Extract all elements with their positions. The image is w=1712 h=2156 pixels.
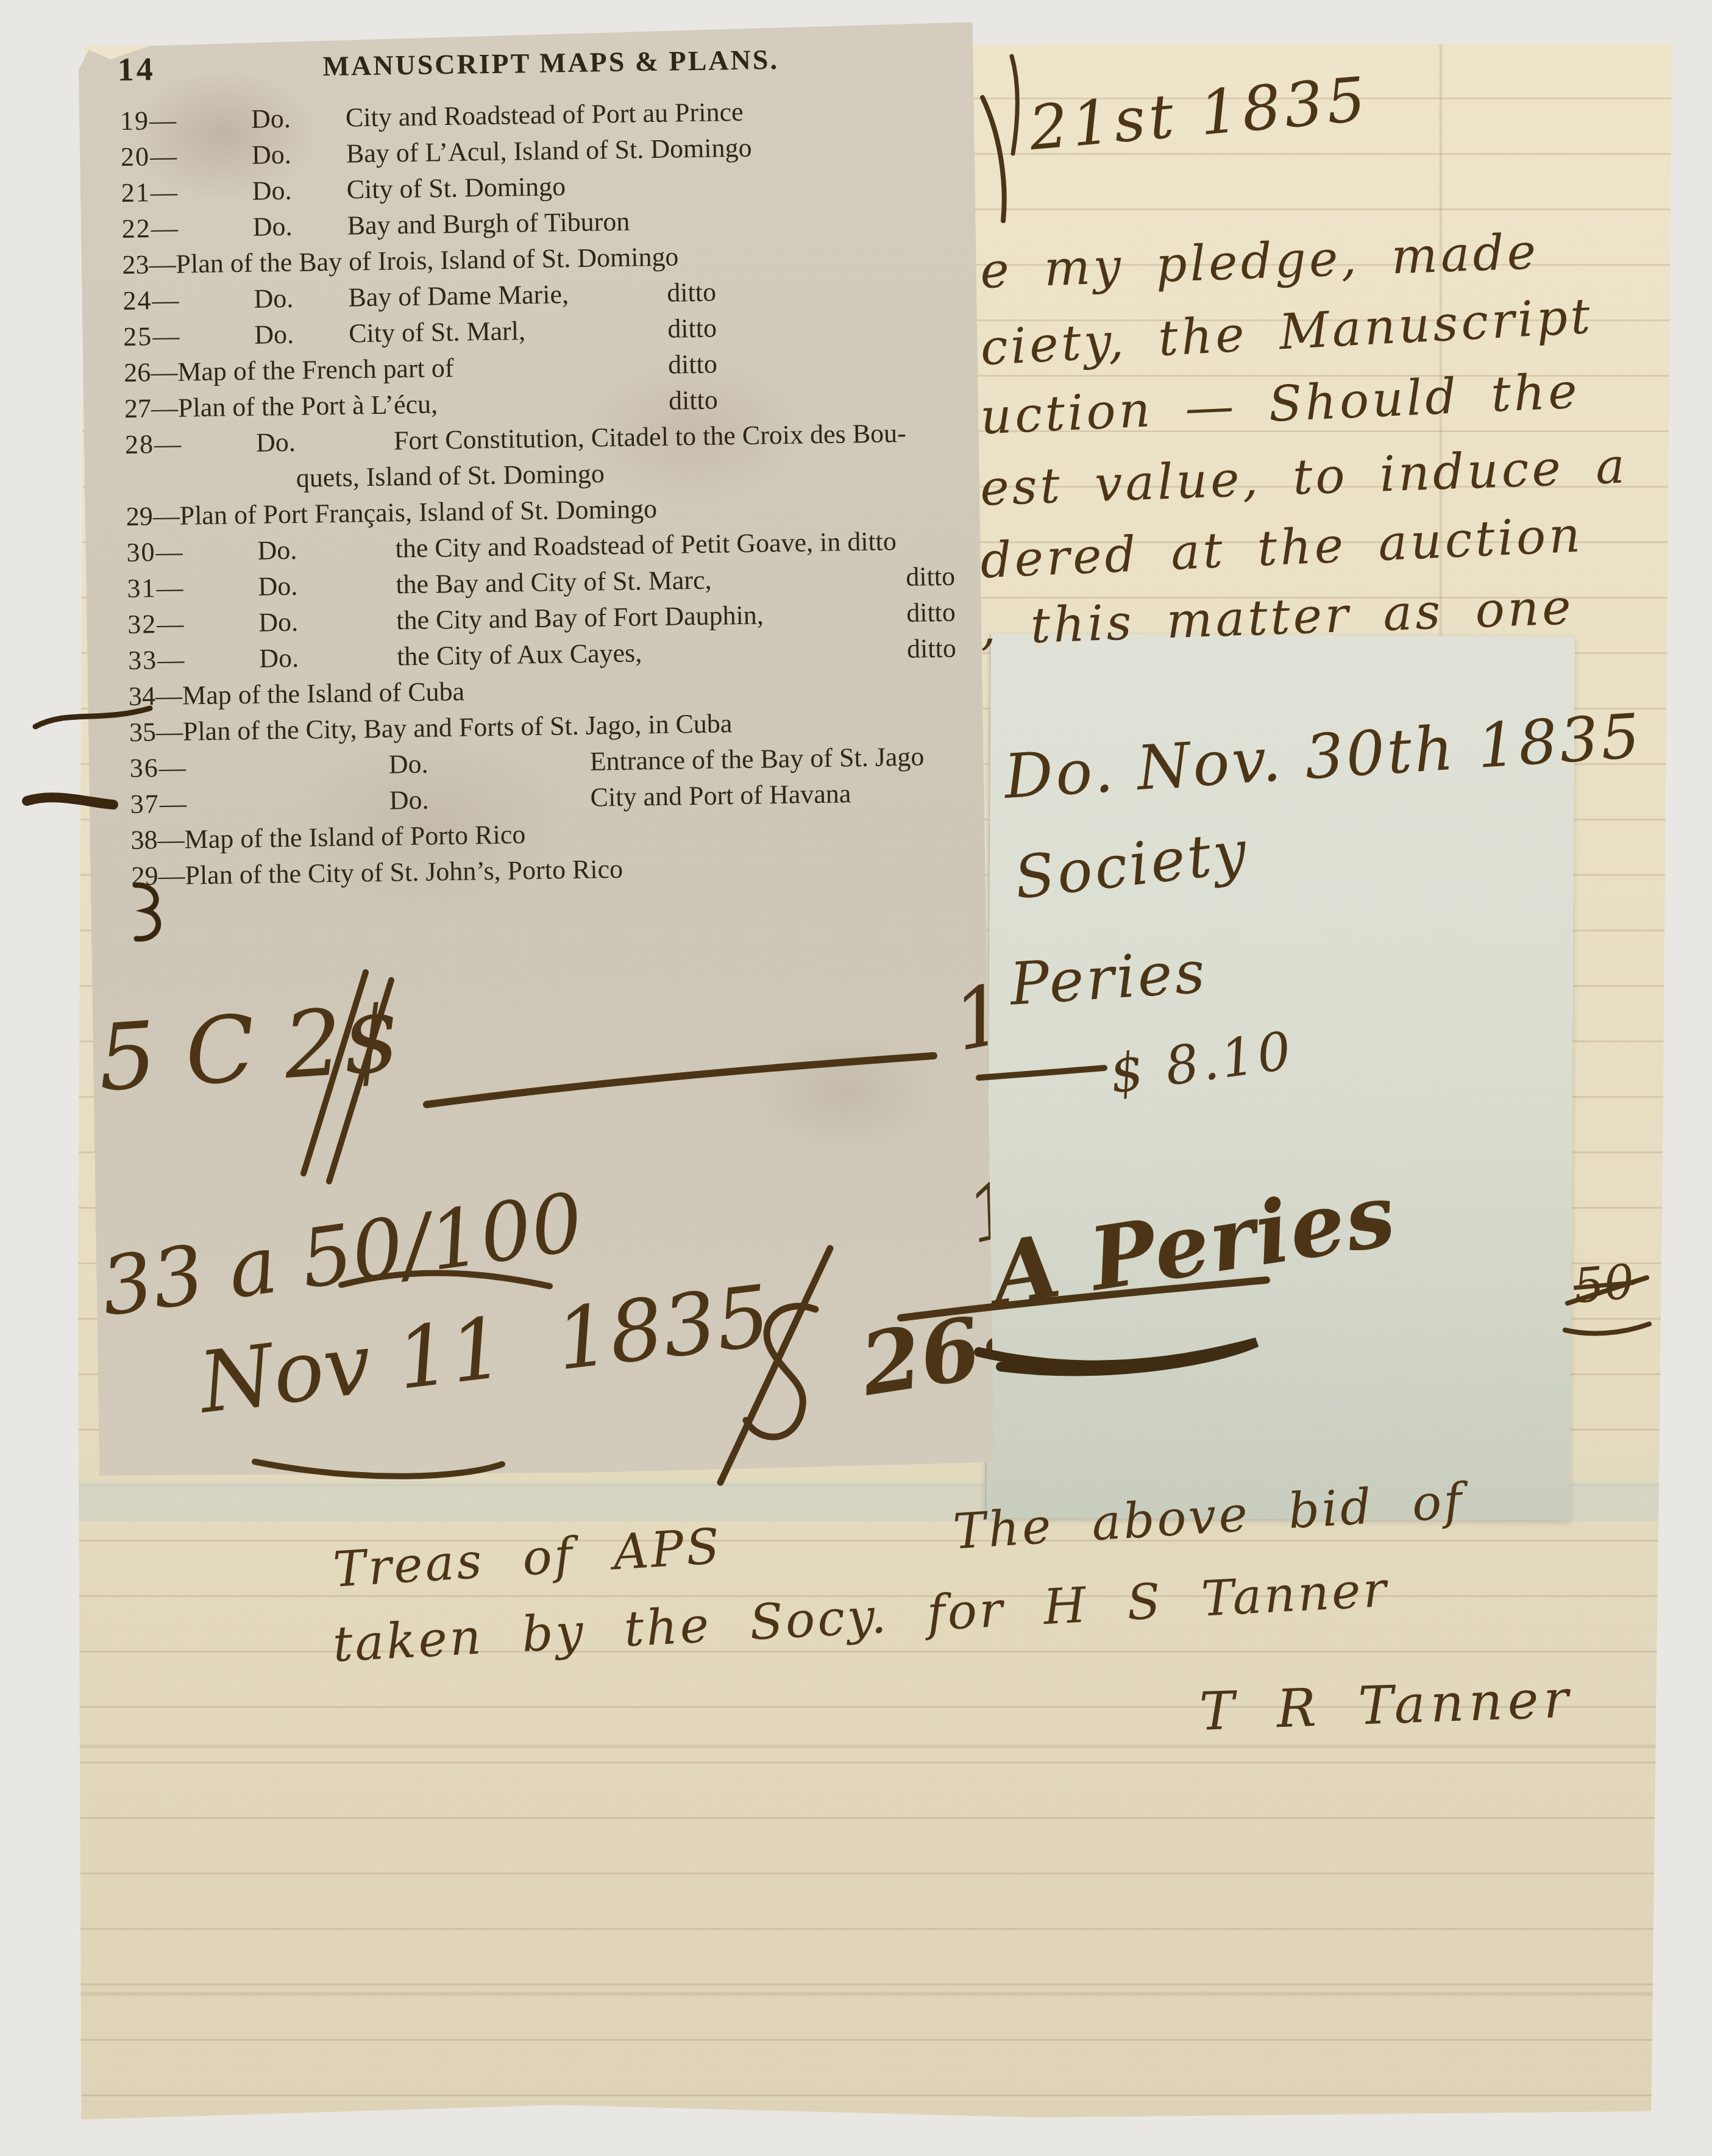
list-item-text: 29—Plan of the City of St. John’s, Porto… — [131, 851, 623, 894]
ditto-label: ditto — [668, 346, 718, 383]
ditto-label: ditto — [667, 274, 717, 311]
list-item-do: Do. — [252, 137, 292, 173]
list-item-desc: Bay of L’Acul, Island of St. Domingo — [346, 130, 751, 172]
receipt-line: Society — [1011, 817, 1252, 913]
receipt-amount: $ 8.10 — [1106, 1020, 1298, 1105]
list-item-do: Do. — [254, 316, 294, 353]
list-item-desc: the City of Aux Cayes, — [397, 635, 642, 674]
fold-crease — [78, 1743, 1674, 1749]
list-item-num: 19— — [120, 102, 178, 139]
list-item-do: Do. — [389, 782, 429, 819]
ditto-label: ditto — [906, 594, 956, 631]
list-item-num: 33— — [128, 642, 186, 678]
list-item-num: 21— — [121, 174, 179, 211]
list-item-do: Do. — [258, 604, 299, 641]
list-item-text: 26—Map of the French part of — [124, 350, 454, 391]
receipt-date: Do. Nov. 30th 1835 — [1002, 700, 1644, 813]
list-item-num: 31— — [127, 570, 185, 607]
receipt-slip: Do. Nov. 30th 1835 Society Peries $ 8.10… — [985, 633, 1575, 1520]
list-item-num: 22— — [121, 210, 179, 247]
list-item-num: 28— — [125, 426, 183, 463]
list-item-num: 36— — [129, 749, 187, 786]
list-item-do: Do. — [259, 640, 299, 677]
printed-catalogue-slip: 14 MANUSCRIPT MAPS & PLANS. 19—Do.City a… — [78, 22, 994, 1480]
list-item-text: quets, Island of St. Domingo — [296, 455, 605, 496]
receipt-line: Peries — [1008, 937, 1209, 1019]
list-item-desc: the Bay and City of St. Marc, — [396, 562, 712, 603]
map-list: 19—Do.City and Roadstead of Port au Prin… — [79, 90, 986, 895]
photograph-of-documents: 21st 1835 e my pledge, made ciety, the M… — [0, 0, 1712, 2156]
list-item-do: Do. — [251, 101, 291, 137]
note-quantity-1: 5 C 2$ — [94, 986, 403, 1112]
list-item-desc: City and Port of Havana — [590, 775, 851, 815]
list-item-text: 38—Map of the Island of Porto Rico — [130, 816, 526, 858]
list-item-do: Do. — [254, 280, 294, 317]
page-title: MANUSCRIPT MAPS & PLANS. — [261, 42, 840, 83]
ditto-label: ditto — [907, 630, 957, 667]
list-item-do: Do. — [256, 424, 296, 461]
list-item-num: 32— — [127, 606, 185, 642]
signature-peries: A Peries — [985, 1164, 1402, 1326]
list-item-num: 25— — [123, 318, 181, 355]
list-item-num: 30— — [126, 534, 184, 571]
list-item-desc: Bay and Burgh of Tiburon — [347, 204, 630, 244]
list-item-do: Do. — [252, 173, 292, 209]
list-item-desc: City of St. Marl, — [349, 313, 526, 351]
list-item-num: 24— — [123, 282, 180, 319]
list-item-do: Do. — [258, 568, 298, 605]
list-item-desc: City and Roadstead of Port au Prince — [346, 94, 744, 136]
list-item-text: 34—Map of the Island of Cuba — [129, 674, 465, 714]
ditto-label: ditto — [669, 382, 719, 418]
list-item-do: Do. — [257, 532, 297, 569]
list-item-do: Do. — [388, 746, 428, 783]
list-item-num: 20— — [121, 138, 179, 175]
page-number: 14 — [117, 50, 155, 88]
list-item-desc: Entrance of the Bay of St. Jago — [589, 739, 924, 780]
ditto-label: ditto — [906, 558, 956, 595]
list-item-desc: Bay of Dame Marie, — [348, 276, 569, 315]
signature-tanner: T R Tanner — [1198, 1668, 1574, 1742]
list-item-desc: the City and Bay of Fort Dauphin, — [396, 597, 764, 638]
list-item-text: 27—Plan of the Port à L’écu, — [124, 386, 438, 427]
list-item-num: 37— — [130, 785, 188, 822]
fold-crease — [78, 1991, 1674, 1997]
crossed-out-amount: 50 — [1571, 1254, 1636, 1314]
list-item-desc: City of St. Domingo — [346, 168, 566, 207]
ditto-label: ditto — [667, 310, 717, 347]
list-item-do: Do. — [252, 208, 293, 245]
